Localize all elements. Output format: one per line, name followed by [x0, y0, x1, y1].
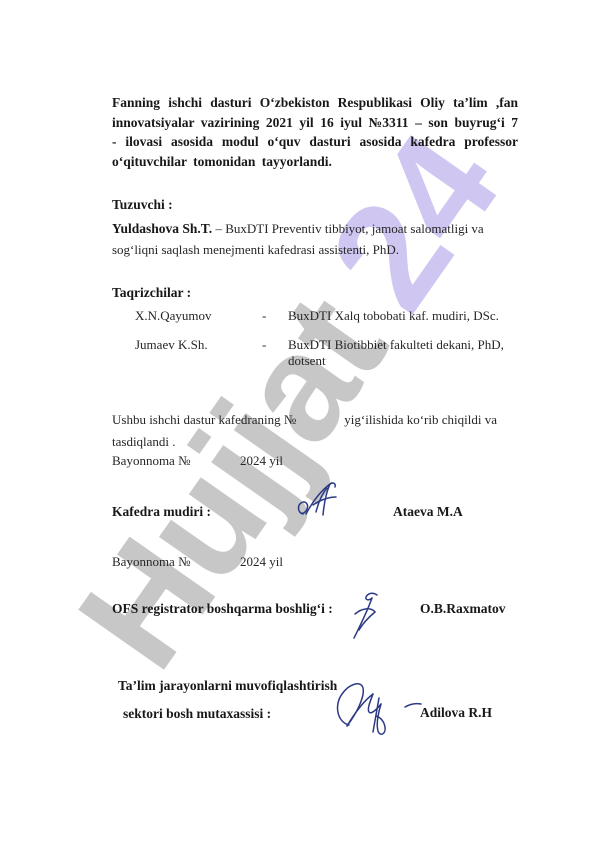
section-heading-taqrizchilar: Taqrizchilar :: [112, 285, 191, 301]
approval-text-after-blank: yig‘ilishida ko‘rib chiqildi va: [344, 412, 497, 428]
reviewer-name: Jumaev K.Sh.: [112, 337, 262, 369]
raxmatov-signature: [346, 590, 382, 642]
protocol-year: 2024 yil: [240, 453, 283, 469]
protocol-number-blank: [296, 412, 344, 428]
reviewer-dash: -: [262, 308, 288, 324]
reviewer-description: BuxDTI Biotibbiet fakulteti dekani, PhD,…: [288, 337, 522, 369]
reviewer-row: Jumaev K.Sh. - BuxDTI Biotibbiet fakulte…: [112, 337, 522, 369]
reviewer-description: BuxDTI Xalq tobobati kaf. mudiri, DSc.: [288, 308, 522, 324]
reviewer-row: X.N.Qayumov - BuxDTI Xalq tobobati kaf. …: [112, 308, 522, 324]
approval-line-1: Ushbu ishchi dastur kafedraning № yig‘il…: [112, 412, 532, 428]
signoff-name-ataeva: Ataeva M.A: [393, 504, 463, 520]
ataeva-signature: [294, 481, 342, 527]
signoff-name-adilova: Adilova R.H: [420, 705, 492, 721]
reviewer-dash: -: [262, 337, 288, 369]
protocol-line-1: Bayonnoma № 2024 yil: [112, 453, 412, 469]
approval-line-2: tasdiqlandi .: [112, 432, 176, 452]
signoff-title-talim-line2: sektori bosh mutaxassisi :: [123, 706, 271, 722]
content-layer: Fanning ishchi dasturi O‘zbekiston Respu…: [0, 0, 596, 842]
adilova-signature: [332, 676, 404, 740]
document-page: Hujjat24 Fanning ishchi dasturi O‘zbekis…: [0, 0, 596, 842]
author-name: Yuldashova Sh.T.: [112, 221, 212, 236]
protocol-line-2: Bayonnoma № 2024 yil: [112, 554, 412, 570]
protocol-year: 2024 yil: [240, 554, 283, 570]
intro-paragraph: Fanning ishchi dasturi O‘zbekiston Respu…: [112, 93, 518, 171]
protocol-label: Bayonnoma №: [112, 554, 240, 570]
signoff-title-kafedra-mudiri: Kafedra mudiri :: [112, 504, 211, 520]
approval-text-before-blank: Ushbu ishchi dastur kafedraning №: [112, 412, 296, 428]
signoff-title-ofs-registrator: OFS registrator boshqarma boshlig‘i :: [112, 601, 333, 617]
signoff-title-talim-line1: Ta’lim jarayonlarni muvofiqlashtirish: [118, 678, 337, 694]
section-heading-tuzuvchi: Tuzuvchi :: [112, 197, 173, 213]
signoff-name-raxmatov: O.B.Raxmatov: [420, 601, 506, 617]
reviewer-name: X.N.Qayumov: [112, 308, 262, 324]
author-paragraph: Yuldashova Sh.T. – BuxDTI Preventiv tibb…: [112, 218, 524, 260]
protocol-label: Bayonnoma №: [112, 453, 240, 469]
